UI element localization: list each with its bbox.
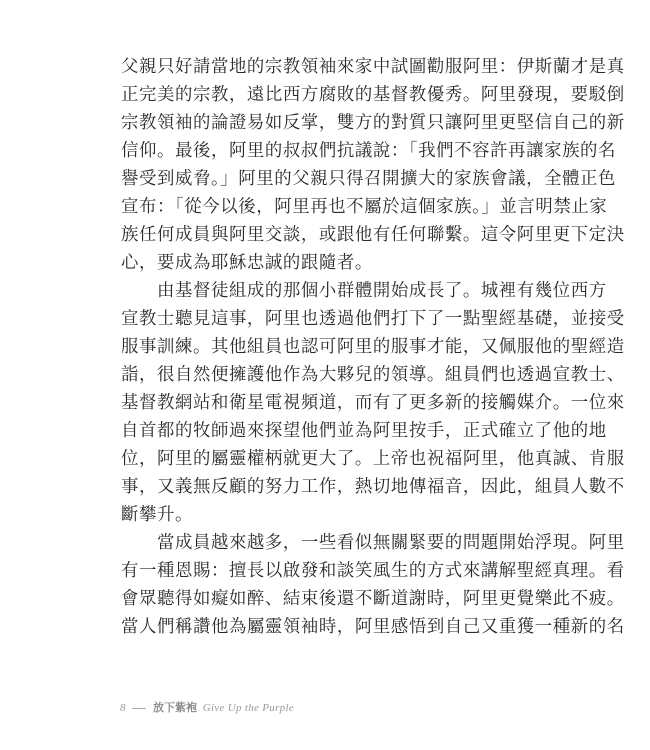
text-line: 事，又義無反顧的努力工作，熱切地傳福音，因此，組員人數不 (121, 473, 521, 501)
text-line: 基督教網站和衛星電視頻道，而有了更多新的接觸媒介。一位來 (121, 389, 521, 417)
text-line: 正完美的宗教，遠比西方腐敗的基督教優秀。阿里發現，要駁倒 (121, 81, 521, 109)
text-line: 有一種恩賜：擅長以啟發和談笑風生的方式來講解聖經真理。看 (121, 557, 521, 585)
text-line: 宣布：「從今以後，阿里再也不屬於這個家族。」並言明禁止家 (121, 193, 521, 221)
text-line: 當成員越來越多，一些看似無關緊要的問題開始浮現。阿里 (121, 529, 521, 557)
text-line: 宗教領袖的論證易如反掌，雙方的對質只讓阿里更堅信自己的新 (121, 109, 521, 137)
book-title-chinese: 放下紫袍 (153, 702, 197, 714)
text-line: 詣，很自然便擁護他作為大夥兒的領導。組員們也透過宣教士、 (121, 361, 521, 389)
book-page: 父親只好請當地的宗教領袖來家中試圖勸服阿里：伊斯蘭才是真 正完美的宗教，遠比西方… (0, 0, 650, 750)
text-line: 心，要成為耶穌忠誠的跟隨者。 (121, 249, 521, 277)
text-line: 服事訓練。其他組員也認可阿里的服事才能，又佩服他的聖經造 (121, 333, 521, 361)
body-text: 父親只好請當地的宗教領袖來家中試圖勸服阿里：伊斯蘭才是真 正完美的宗教，遠比西方… (121, 53, 521, 641)
text-line: 位，阿里的屬靈權柄就更大了。上帝也祝福阿里，他真誠、肯服 (121, 445, 521, 473)
text-line: 由基督徒組成的那個小群體開始成長了。城裡有幾位西方 (121, 277, 521, 305)
text-line: 斷攀升。 (121, 501, 521, 529)
text-line: 譽受到威脅。」阿里的父親只得召開擴大的家族會議，全體正色 (121, 165, 521, 193)
footer-separator (132, 708, 146, 709)
page-footer: 8 放下紫袍 Give Up the Purple (120, 699, 294, 715)
text-line: 當人們稱讚他為屬靈領袖時，阿里感悟到自己又重獲一種新的名 (121, 613, 521, 641)
text-line: 會眾聽得如癡如醉、結束後還不斷道謝時，阿里更覺樂此不疲。 (121, 585, 521, 613)
text-line: 父親只好請當地的宗教領袖來家中試圖勸服阿里：伊斯蘭才是真 (121, 53, 521, 81)
text-line: 族任何成員與阿里交談，或跟他有任何聯繫。這令阿里更下定決 (121, 221, 521, 249)
page-number: 8 (120, 702, 126, 714)
text-line: 自首都的牧師過來探望他們並為阿里按手，正式確立了他的地 (121, 417, 521, 445)
text-line: 宣教士聽見這事，阿里也透過他們打下了一點聖經基礎，並接受 (121, 305, 521, 333)
text-line: 信仰。最後，阿里的叔叔們抗議說：「我們不容許再讓家族的名 (121, 137, 521, 165)
book-title-english: Give Up the Purple (203, 702, 294, 714)
